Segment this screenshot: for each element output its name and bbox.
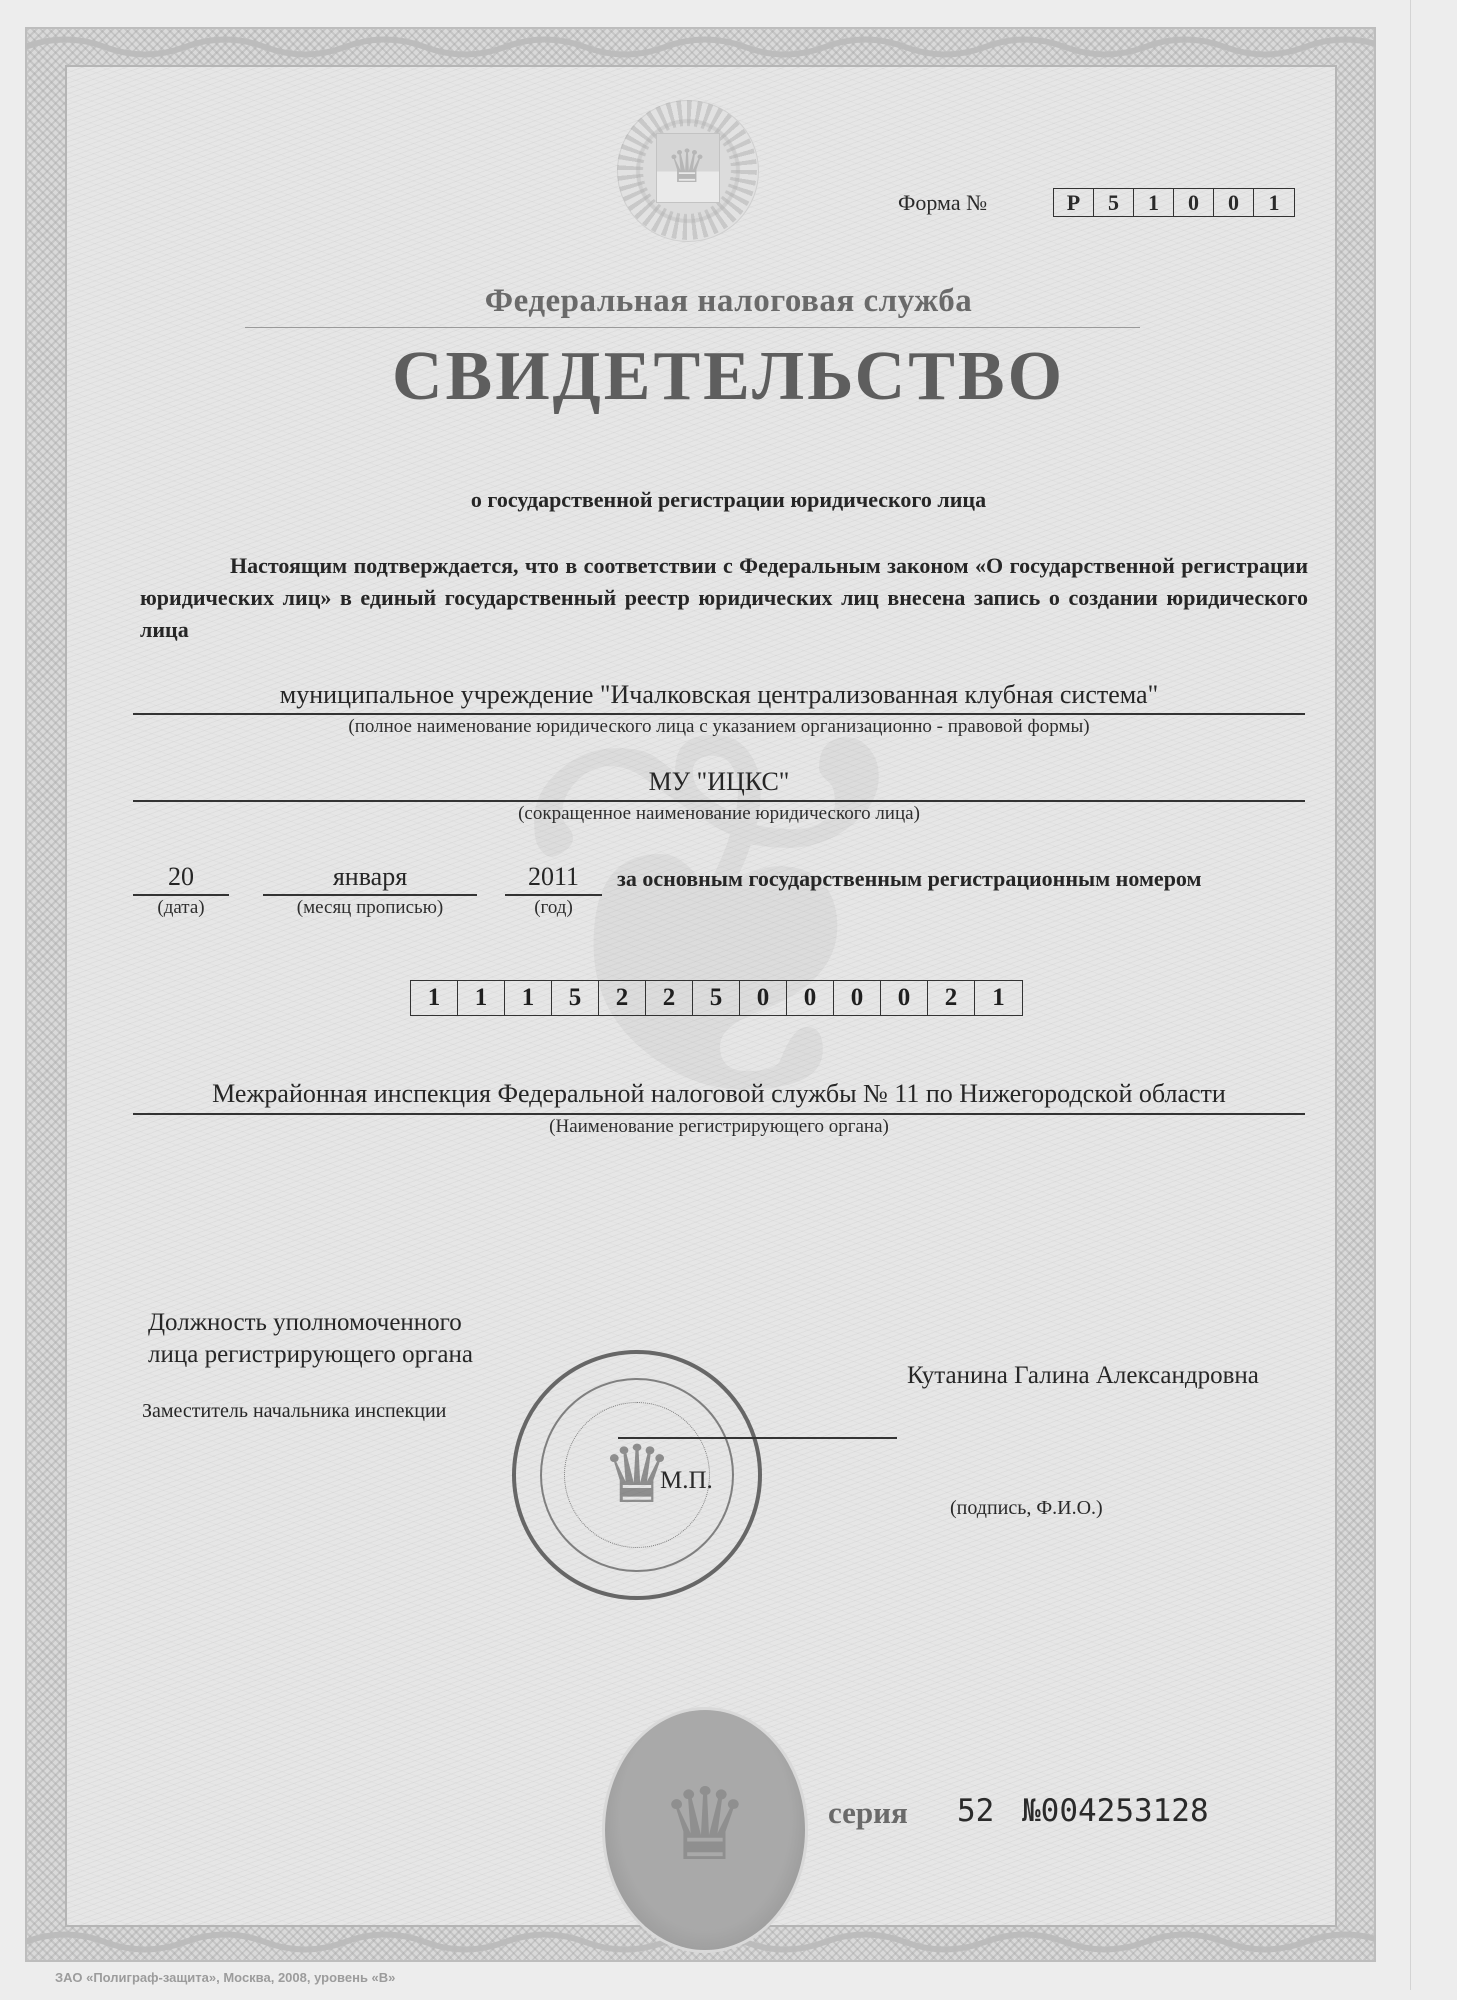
day-caption: (дата) (133, 897, 229, 919)
short-name-caption: (сокращенное наименование юридического л… (133, 803, 1305, 825)
year-caption: (год) (505, 897, 602, 919)
ogrn-digit-cell: 0 (834, 981, 881, 1015)
form-number-label: Форма № (898, 190, 987, 216)
ogrn-digit-cell: 0 (881, 981, 928, 1015)
form-code-cell: 1 (1254, 189, 1294, 216)
form-code-cell: 1 (1134, 189, 1174, 216)
signatory-position: Заместитель начальника инспекции (142, 1400, 446, 1423)
position-label-line2: лица регистрирующего органа (148, 1339, 473, 1371)
day-underline (133, 894, 229, 896)
stamp-place-mark: М.П. (660, 1467, 713, 1495)
month-caption: (месяц прописью) (263, 897, 477, 919)
authority-underline (133, 1113, 1305, 1115)
series-value: 52 (957, 1793, 994, 1829)
position-label: Должность уполномоченного лица регистрир… (148, 1307, 473, 1371)
ogrn-digit-cell: 1 (975, 981, 1022, 1015)
signature-line (618, 1437, 897, 1439)
ogrn-digit-cell: 0 (740, 981, 787, 1015)
ogrn-digit-cell: 2 (646, 981, 693, 1015)
intro-text: Настоящим подтверждается, что в соответс… (140, 550, 1308, 646)
signatory-name: Кутанина Галина Александровна (907, 1362, 1259, 1390)
ogrn-digit-cell: 1 (505, 981, 552, 1015)
registration-year: 2011 (505, 862, 602, 892)
form-code-cell: Р (1054, 189, 1094, 216)
form-code-cell: 5 (1094, 189, 1134, 216)
month-underline (263, 894, 477, 896)
printer-imprint: ЗАО «Полиграф-защита», Москва, 2008, уро… (55, 1970, 395, 1985)
full-name-caption: (полное наименование юридического лица с… (133, 716, 1305, 738)
series-label: серия (828, 1795, 908, 1831)
seal-eagle-icon: ♛ (650, 1760, 760, 1890)
short-name-underline (133, 800, 1305, 802)
ogrn-digit-cell: 1 (411, 981, 458, 1015)
registration-day: 20 (133, 862, 229, 892)
issuer-title: Федеральная налоговая служба (0, 283, 1457, 320)
document-title: СВИДЕТЕЛЬСТВО (0, 337, 1457, 417)
ogrn-digit-cell: 2 (599, 981, 646, 1015)
registration-phrase: за основным государственным регистрацион… (617, 866, 1202, 892)
ogrn-digit-cell: 1 (458, 981, 505, 1015)
ogrn-digit-cell: 2 (928, 981, 975, 1015)
issuer-divider (245, 327, 1140, 328)
authority-caption: (Наименование регистрирующего органа) (133, 1116, 1305, 1138)
form-code-cell: 0 (1214, 189, 1254, 216)
entity-short-name: МУ "ИЦКС" (133, 767, 1305, 797)
full-name-underline (133, 713, 1305, 715)
intro-paragraph: Настоящим подтверждается, что в соответс… (140, 550, 1308, 646)
ogrn-number: 1115225000021 (410, 980, 1023, 1016)
ogrn-digit-cell: 0 (787, 981, 834, 1015)
emblem-eagle-icon: ♛ (662, 135, 712, 197)
blank-number: №004253128 (1022, 1793, 1209, 1829)
form-number-code: Р51001 (1053, 188, 1295, 217)
registration-month: января (263, 862, 477, 892)
signature-caption: (подпись, Ф.И.О.) (950, 1497, 1103, 1520)
ogrn-digit-cell: 5 (552, 981, 599, 1015)
registering-authority-name: Межрайонная инспекция Федеральной налого… (133, 1079, 1305, 1109)
entity-full-name: муниципальное учреждение "Ичалковская це… (133, 680, 1305, 710)
ogrn-digit-cell: 5 (693, 981, 740, 1015)
position-label-line1: Должность уполномоченного (148, 1307, 473, 1339)
year-underline (505, 894, 602, 896)
form-code-cell: 0 (1174, 189, 1214, 216)
document-subtitle: о государственной регистрации юридическо… (0, 487, 1457, 513)
